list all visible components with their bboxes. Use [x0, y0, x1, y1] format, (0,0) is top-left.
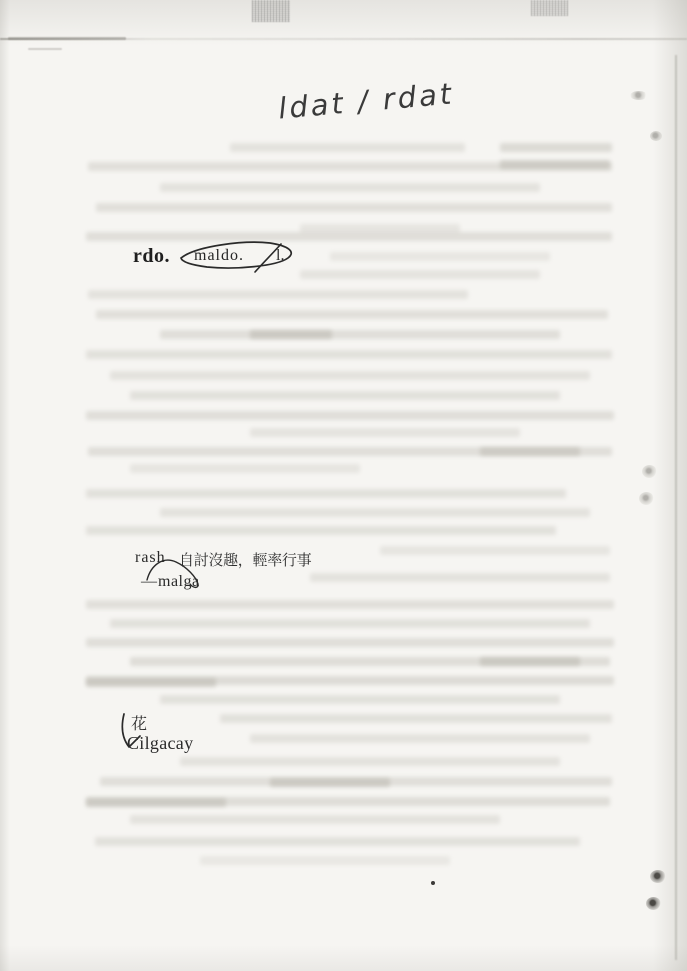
scan-dark-dash	[28, 48, 62, 50]
ghost-text-line	[86, 676, 614, 685]
ghost-text-line	[130, 464, 360, 473]
smudge-mark	[639, 492, 654, 505]
ghost-text-line	[86, 798, 226, 807]
ghost-text-line	[200, 856, 450, 865]
entry-cilgacay-hanzi: 花	[131, 711, 147, 734]
ghost-text-line	[380, 546, 610, 555]
ghost-text-line	[220, 714, 612, 723]
ghost-text-line	[96, 310, 608, 319]
ghost-text-line	[180, 757, 560, 766]
ghost-text-line	[270, 778, 390, 787]
ghost-text-line	[88, 162, 612, 171]
ghost-text-line	[230, 143, 465, 152]
entry-rash-dash: —	[141, 573, 157, 591]
ghost-text-line	[86, 350, 612, 359]
smudge-mark	[650, 870, 666, 883]
ink-scuff-mark	[531, 0, 568, 16]
scan-dark-dash	[8, 37, 126, 40]
ghost-text-line	[500, 143, 612, 152]
ghost-text-line	[130, 657, 610, 666]
ink-scuff-mark	[252, 0, 290, 22]
ghost-text-line	[95, 837, 580, 846]
ghost-text-line	[480, 447, 580, 456]
stray-ink-dot	[431, 881, 435, 885]
entry-rdo-headword: rdo.	[133, 245, 170, 268]
ghost-text-line	[86, 411, 614, 420]
ghost-text-line	[110, 619, 590, 628]
ghost-text-line	[300, 224, 460, 233]
ghost-text-line	[160, 695, 560, 704]
ghost-text-line	[130, 815, 500, 824]
ghost-text-line	[330, 252, 550, 261]
ghost-text-line	[130, 391, 560, 400]
ghost-text-line	[86, 232, 612, 241]
ghost-text-line	[160, 508, 590, 517]
ghost-text-line	[160, 330, 560, 339]
ghost-text-line	[88, 447, 612, 456]
ghost-text-line	[250, 330, 332, 339]
smudge-mark	[642, 465, 657, 478]
entry-rdo-circled-word: maldo.	[194, 247, 244, 265]
ghost-text-line	[96, 203, 612, 212]
ghost-text-line	[86, 638, 614, 647]
ghost-text-line	[160, 183, 540, 192]
ghost-text-line	[86, 600, 614, 609]
ghost-text-line	[250, 428, 520, 437]
page-edge-crease	[675, 55, 677, 960]
ghost-text-line	[86, 678, 216, 687]
smudge-mark	[630, 91, 648, 100]
ghost-text-line	[310, 573, 610, 582]
ghost-text-line	[300, 270, 540, 279]
entry-rdo-tail: l.	[276, 247, 284, 265]
handwritten-note: ldat / rdat	[277, 76, 456, 125]
entry-rash-variant: malga	[158, 573, 200, 591]
smudge-mark	[650, 131, 662, 141]
entry-rash-headword: rash	[135, 549, 166, 567]
ghost-text-line	[86, 526, 556, 535]
ghost-text-line	[100, 777, 612, 786]
ghost-text-line	[88, 290, 468, 299]
entry-rash-gloss: 自討沒趣，輕率行事	[179, 549, 311, 570]
pen-annotations	[0, 0, 687, 971]
ghost-text-line	[110, 371, 590, 380]
ghost-text-line	[250, 734, 590, 743]
ghost-text-line	[500, 160, 610, 169]
scanned-document-page: ldat / rdat rdo. maldo. l. rash 自討沒趣，輕率行…	[0, 0, 687, 971]
ghost-text-line	[480, 657, 580, 666]
ghost-text-line	[86, 489, 566, 498]
smudge-mark	[646, 897, 661, 910]
ghost-text-line	[86, 797, 610, 806]
entry-cilgacay-word: Cilgacay	[127, 733, 193, 754]
